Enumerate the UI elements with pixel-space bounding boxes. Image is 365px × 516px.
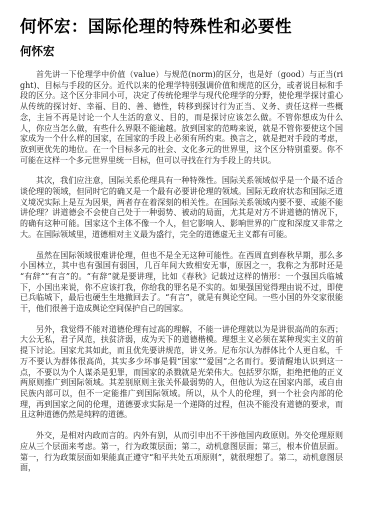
document-page: 何怀宏：国际伦理的特殊性和必要性 何怀宏 首先讲一下伦理学中价值（value）与…	[0, 0, 365, 516]
paragraph: 首先讲一下伦理学中价值（value）与规范(norm)的区分，也是好（good）…	[20, 70, 343, 166]
paragraph: 其次，我们应注意，国际关系伦理具有一种特殊性。国际关系领域似乎是一个最不适合谈伦…	[20, 176, 343, 240]
author-name: 何怀宏	[20, 44, 343, 59]
article-body: 首先讲一下伦理学中价值（value）与规范(norm)的区分，也是好（good）…	[20, 70, 343, 474]
page-title: 何怀宏：国际伦理的特殊性和必要性	[20, 16, 343, 38]
paragraph: 另外，我觉得不能对道德伦理有过高的理解，不能一讲伦理就以为是讲很高尚的东西；大公…	[20, 325, 343, 421]
paragraph: 外交，是相对内政而言的。内外有别，从而引申出不干涉他国内政原则。外交伦理原则应从…	[20, 431, 343, 474]
paragraph: 虽然在国际领域很难讲伦理，但也不是全无这种可能性。在西周直到春秋早期，那么多小国…	[20, 251, 343, 315]
